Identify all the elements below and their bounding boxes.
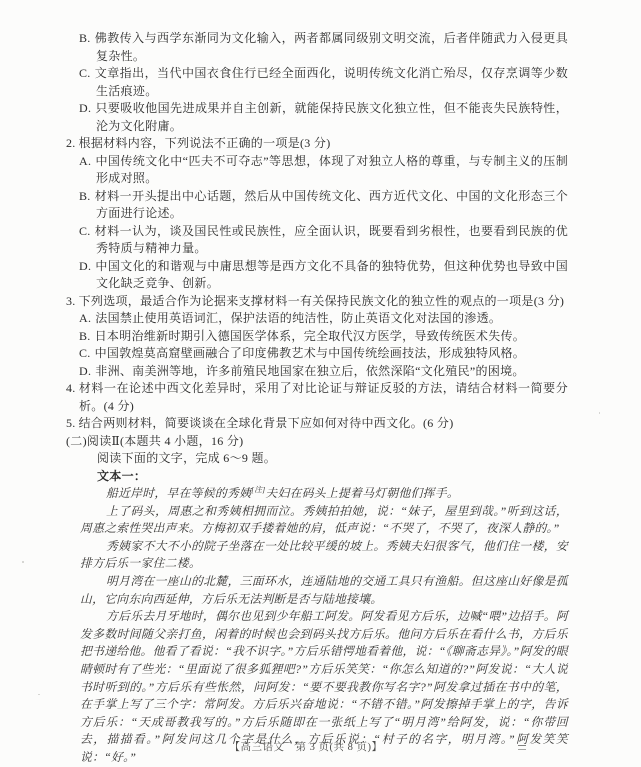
option-text: 佛教传入与西学东渐同为文化输入，两者都属同级别文明交流，后者伴随武力入侵更具复杂… xyxy=(95,31,568,63)
question-text: 根据材料内容，下列说法不正确的一项是(3 分) xyxy=(79,136,331,150)
prose-paragraph-4: 明月湾在一座山的北麓，三面环水，连通陆地的交通工具只有渔船。但这座山好像是孤山，… xyxy=(80,573,568,608)
q3-option-a: A.法国禁止使用英语词汇，保护法语的纯洁性，防止英语文化对法国的渗透。 xyxy=(79,310,568,328)
q2-option-d: D.中国文化的和谐观与中庸思想等是西方文化不具备的独特优势，但这种优势也导致中国… xyxy=(79,258,568,293)
question-number: 4. xyxy=(66,381,76,395)
page-footer: 【高三语文 第 3 页(共 8 页)】 xyxy=(66,739,546,754)
question-number: 5. xyxy=(66,416,76,430)
option-label: B. xyxy=(79,31,91,45)
scan-artifact-mark xyxy=(518,745,526,750)
q2-option-b: B.材料一开头提出中心话题，然后从中国传统文化、西方近代文化、中国的文化形态三个… xyxy=(79,188,568,223)
section-2-heading: (二)阅读Ⅱ(本题共 4 小题，16 分) xyxy=(66,433,568,451)
option-label: B. xyxy=(79,329,91,343)
q3-option-d: D.非洲、南美洲等地，许多前殖民地国家在独立后，依然深陷“文化殖民”的困境。 xyxy=(79,363,568,381)
footnote-marker: [注] xyxy=(251,485,265,494)
prose-paragraph-1: 船近岸时，早在等候的秀姨[注]夫妇在码头上提着马灯朝他们挥手。 xyxy=(80,485,568,503)
question-text: 结合两则材料，简要谈谈在全球化背景下应如何对待中西文化。(6 分) xyxy=(79,416,454,430)
q3-option-b: B.日本明治维新时期引入德国医学体系，完全取代汉方医学，导致传统医术失传。 xyxy=(79,328,568,346)
option-label: A. xyxy=(79,311,91,325)
scan-speck xyxy=(22,561,24,563)
option-text: 法国禁止使用英语词汇，保护法语的纯洁性，防止英语文化对法国的渗透。 xyxy=(95,311,501,325)
q1-option-b: B.佛教传入与西学东渐同为文化输入，两者都属同级别文明交流，后者伴随武力入侵更具… xyxy=(79,30,568,65)
question-4: 4.材料一在论述中西文化差异时，采用了对比论证与辩证反驳的方法，请结合材料一简要… xyxy=(66,380,568,415)
option-label: A. xyxy=(79,154,91,168)
q1-option-d: D.只要吸收他国先进成果并自主创新，就能保持民族文化独立性，但不能丧失民族特性，… xyxy=(79,100,568,135)
option-label: D. xyxy=(79,259,91,273)
option-label: C. xyxy=(79,346,91,360)
option-text: 材料一认为，谈及国民性或民族性，应全面认识，既要看到劣根性，也要看到民族的优秀特… xyxy=(95,224,568,256)
q2-option-a: A.中国传统文化中“匹夫不可夺志”等思想，体现了对独立人格的尊重，与专制主义的压… xyxy=(79,153,568,188)
exam-content: B.佛教传入与西学东渐同为文化输入，两者都属同级别文明交流，后者伴随武力入侵更具… xyxy=(66,30,568,767)
question-text: 材料一在论述中西文化差异时，采用了对比论证与辩证反驳的方法，请结合材料一简要分析… xyxy=(79,381,568,413)
q3-option-c: C.中国敦煌莫高窟壁画融合了印度佛教艺术与中国传统绘画技法，形成独特风格。 xyxy=(79,345,568,363)
scan-speck xyxy=(599,412,600,414)
question-3-stem: 3.下列选项，最适合作为论据来支撑材料一有关保持民族文化的独立性的观点的一项是(… xyxy=(66,293,568,311)
option-text: 文章指出，当代中国衣食住行已经全面西化，说明传统文化消亡殆尽，仅存烹调等少数生活… xyxy=(95,66,568,98)
option-label: C. xyxy=(79,66,91,80)
text-one-label: 文本一： xyxy=(97,468,568,486)
option-label: D. xyxy=(79,364,91,378)
question-text: 下列选项，最适合作为论据来支撑材料一有关保持民族文化的独立性的观点的一项是(3 … xyxy=(79,294,565,308)
q2-option-c: C.材料一认为，谈及国民性或民族性，应全面认识，既要看到劣根性，也要看到民族的优… xyxy=(79,223,568,258)
section-2-instruction: 阅读下面的文字，完成 6～9 题。 xyxy=(97,450,568,468)
scan-speck xyxy=(38,694,40,695)
prose-paragraph-3: 秀姨家不大不小的院子坐落在一处比较平缓的坡上。秀姨夫妇很客气，他们住一楼，安排方… xyxy=(80,538,568,573)
option-text: 只要吸收他国先进成果并自主创新，就能保持民族文化独立性，但不能丧失民族特性，沦为… xyxy=(95,101,568,133)
option-text: 日本明治维新时期引入德国医学体系，完全取代汉方医学，导致传统医术失传。 xyxy=(95,329,526,343)
prose-paragraph-2: 上了码头，周惠之和秀姨相拥而泣。秀姨拍拍她，说：“妹子，屋里到哉。”听到这话，周… xyxy=(80,503,568,538)
option-label: C. xyxy=(79,224,91,238)
option-text: 中国文化的和谐观与中庸思想等是西方文化不具备的独特优势，但这种优势也导致中国文化… xyxy=(95,259,568,291)
q1-option-c: C.文章指出，当代中国衣食住行已经全面西化，说明传统文化消亡殆尽，仅存烹调等少数… xyxy=(79,65,568,100)
option-text: 中国传统文化中“匹夫不可夺志”等思想，体现了对独立人格的尊重，与专制主义的压制形… xyxy=(95,154,568,186)
question-number: 2. xyxy=(66,136,76,150)
question-number: 3. xyxy=(66,294,76,308)
option-text: 材料一开头提出中心话题，然后从中国传统文化、西方近代文化、中国的文化形态三个方面… xyxy=(95,189,568,221)
option-text: 非洲、南美洲等地，许多前殖民地国家在独立后，依然深陷“文化殖民”的困境。 xyxy=(95,364,524,378)
exam-page: B.佛教传入与西学东渐同为文化输入，两者都属同级别文明交流，后者伴随武力入侵更具… xyxy=(0,0,641,767)
option-text: 中国敦煌莫高窟壁画融合了印度佛教艺术与中国传统绘画技法，形成独特风格。 xyxy=(95,346,526,360)
option-label: B. xyxy=(79,189,91,203)
prose-text: 船近岸时，早在等候的秀姨 xyxy=(106,486,251,500)
question-2-stem: 2.根据材料内容，下列说法不正确的一项是(3 分) xyxy=(66,135,568,153)
option-label: D. xyxy=(79,101,91,115)
question-5: 5.结合两则材料，简要谈谈在全球化背景下应如何对待中西文化。(6 分) xyxy=(66,415,568,433)
prose-text: 夫妇在码头上提着马灯朝他们挥手。 xyxy=(265,486,459,500)
